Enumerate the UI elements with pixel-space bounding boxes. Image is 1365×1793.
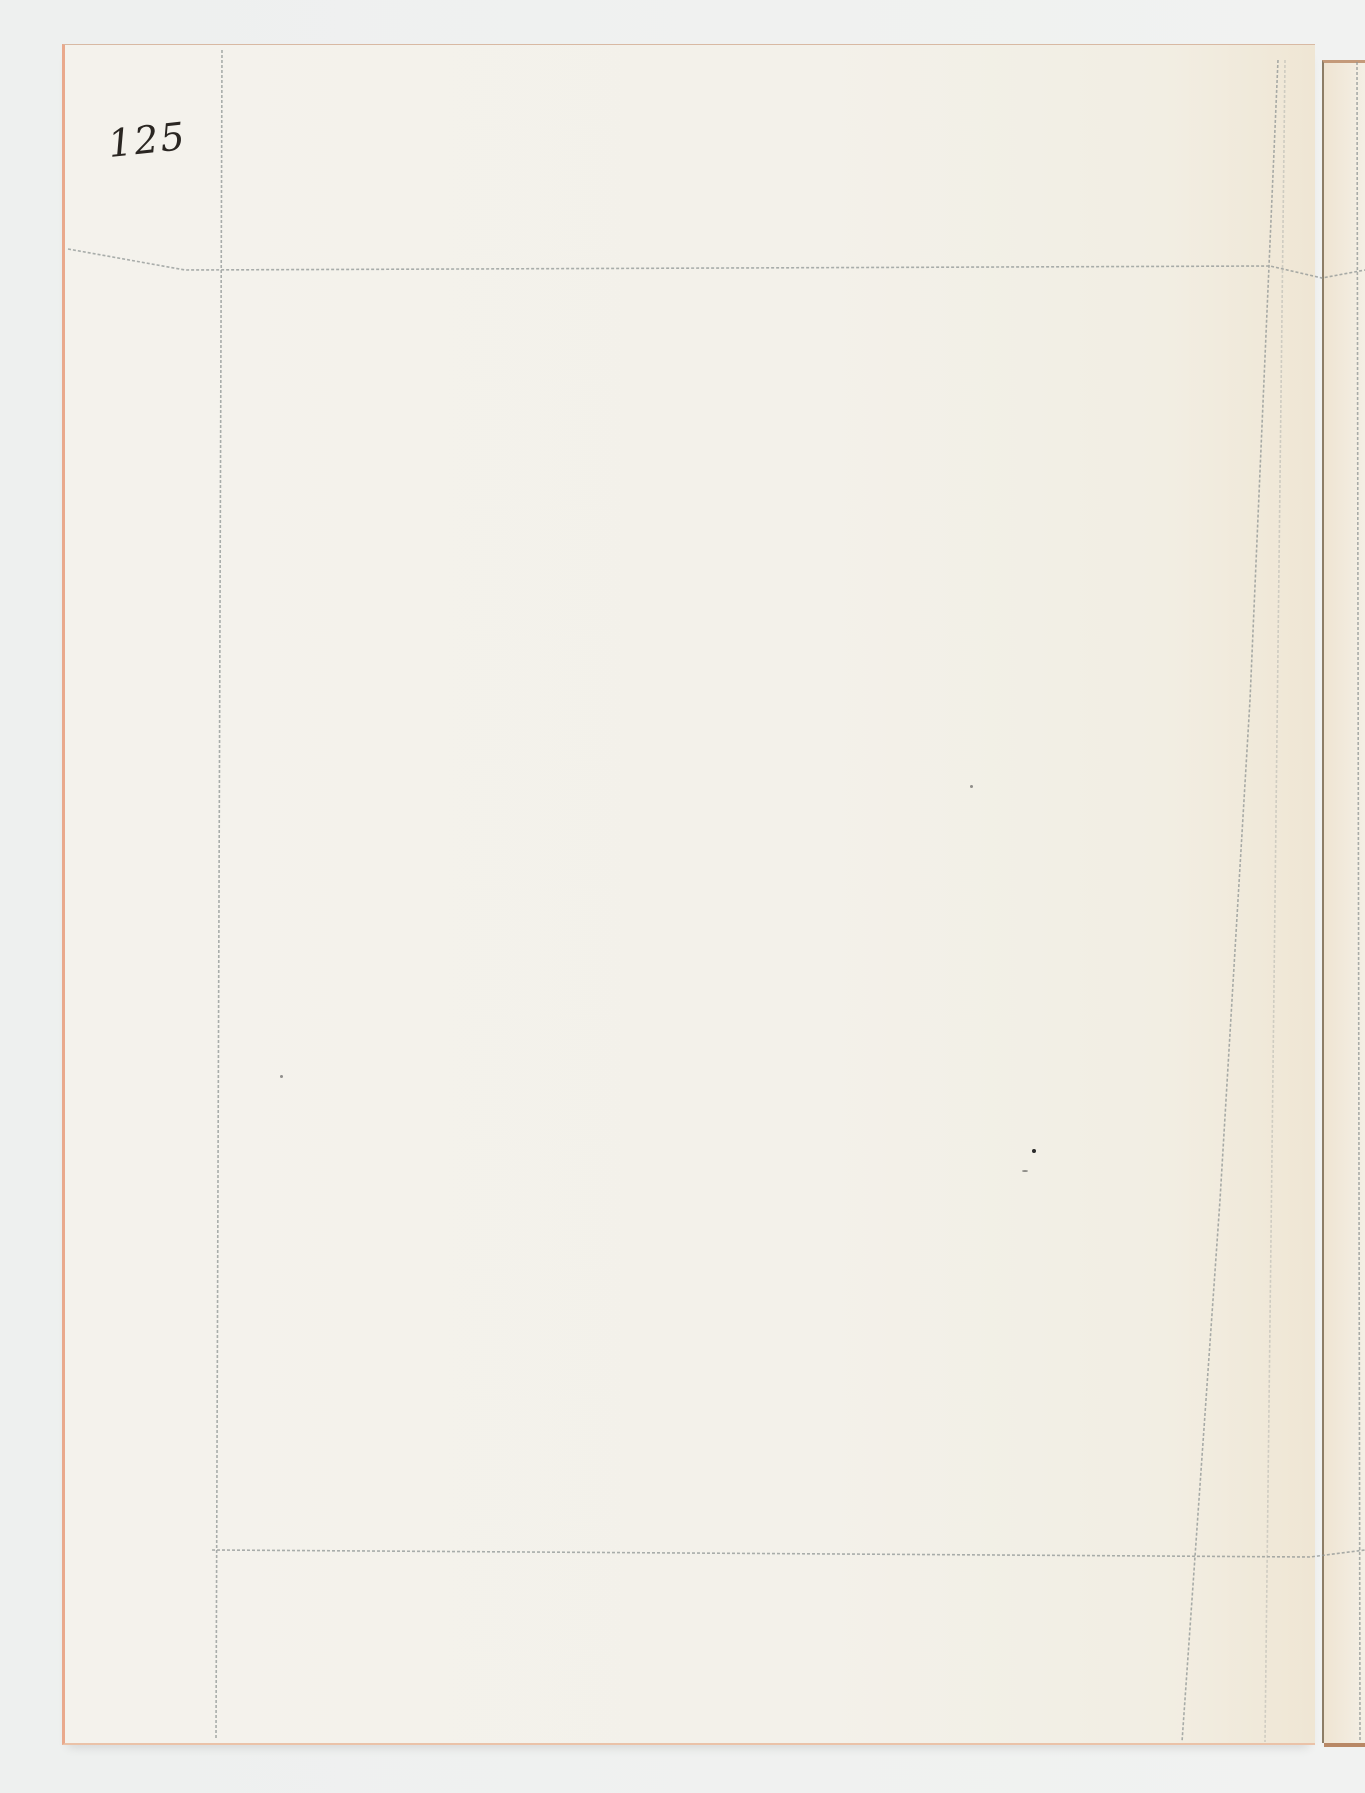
right-inner-line [1265,60,1285,1742]
bottom-margin-line [212,1550,1365,1557]
top-margin-line [68,249,1365,278]
ink-speck [1032,1149,1036,1153]
pencil-guide-lines [0,0,1365,1793]
ink-speck [970,785,973,788]
ink-speck [1022,1170,1028,1172]
ink-speck [280,1075,283,1078]
handwritten-page-number: 125 [106,114,189,166]
right-margin-line [1182,60,1278,1742]
next-page-line [1357,62,1360,1740]
left-margin-line [216,50,222,1740]
